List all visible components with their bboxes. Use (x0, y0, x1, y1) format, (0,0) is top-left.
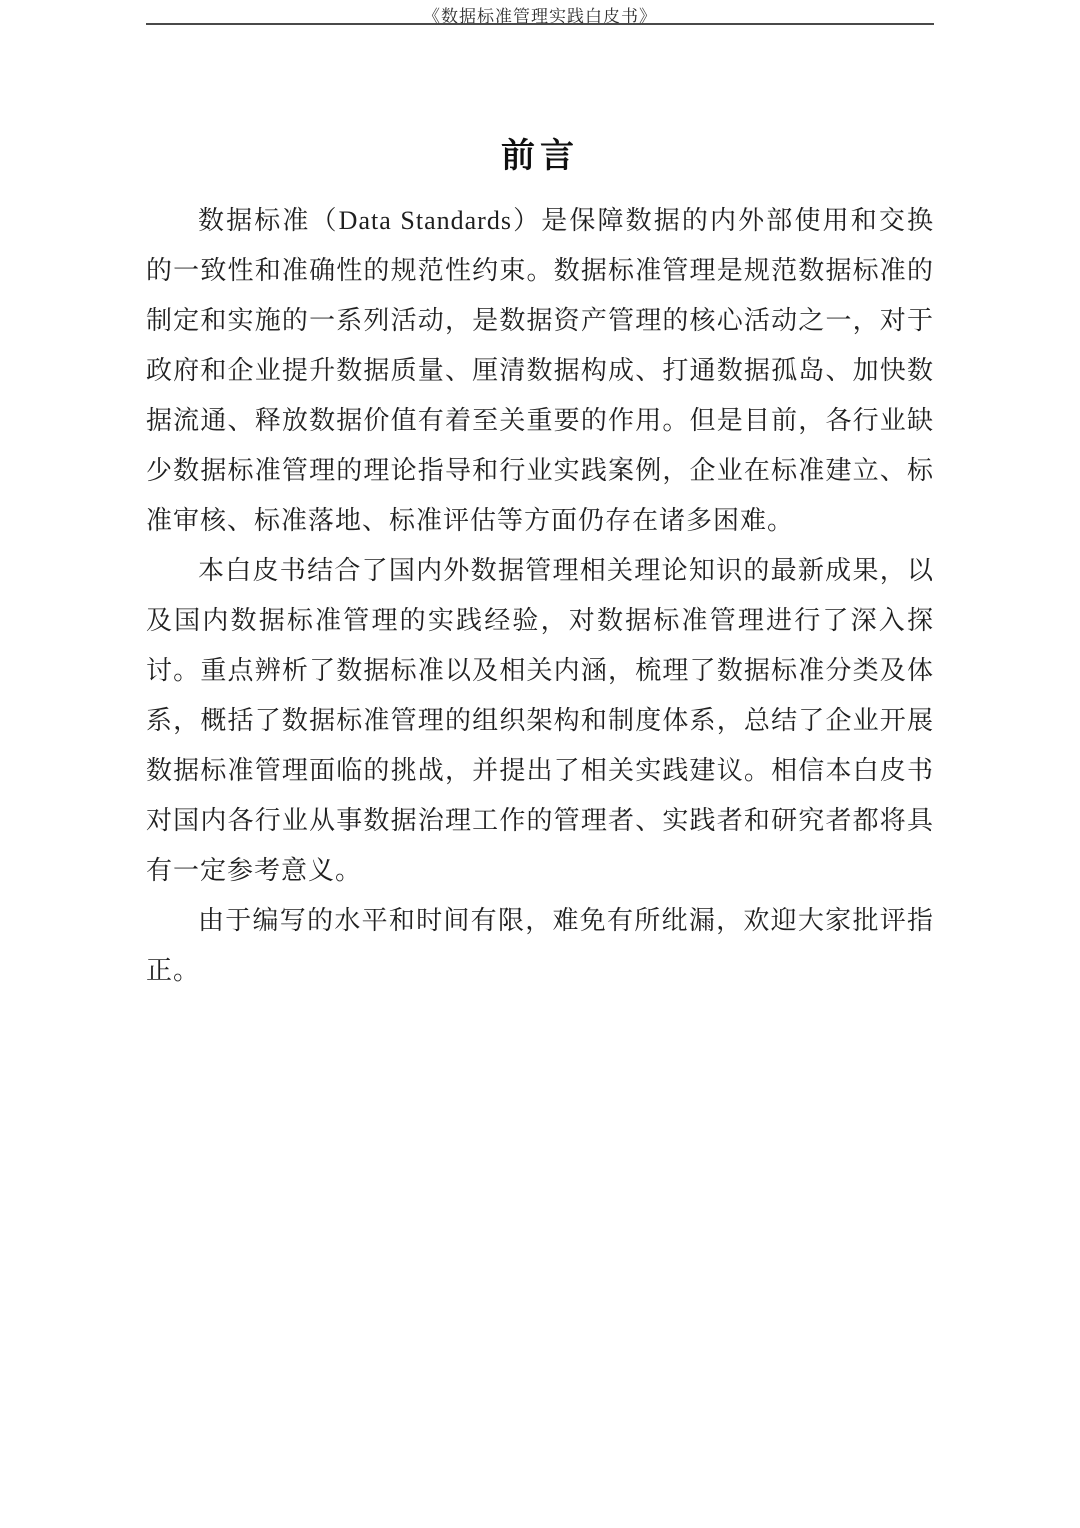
document-body: 数据标准（Data Standards）是保障数据的内外部使用和交换的一致性和准… (146, 196, 934, 996)
document-page: 《数据标准管理实践白皮书》 前言 数据标准（Data Standards）是保障… (0, 0, 1080, 1528)
header-rule (146, 23, 934, 25)
paragraph-closing-remark: 由于编写的水平和时间有限，难免有所纰漏，欢迎大家批评指正。 (146, 896, 934, 996)
section-title: 前言 (146, 128, 934, 177)
paragraph-whitepaper-summary: 本白皮书结合了国内外数据管理相关理论知识的最新成果，以及国内数据标准管理的实践经… (146, 546, 934, 896)
paragraph-intro-data-standards: 数据标准（Data Standards）是保障数据的内外部使用和交换的一致性和准… (146, 196, 934, 546)
